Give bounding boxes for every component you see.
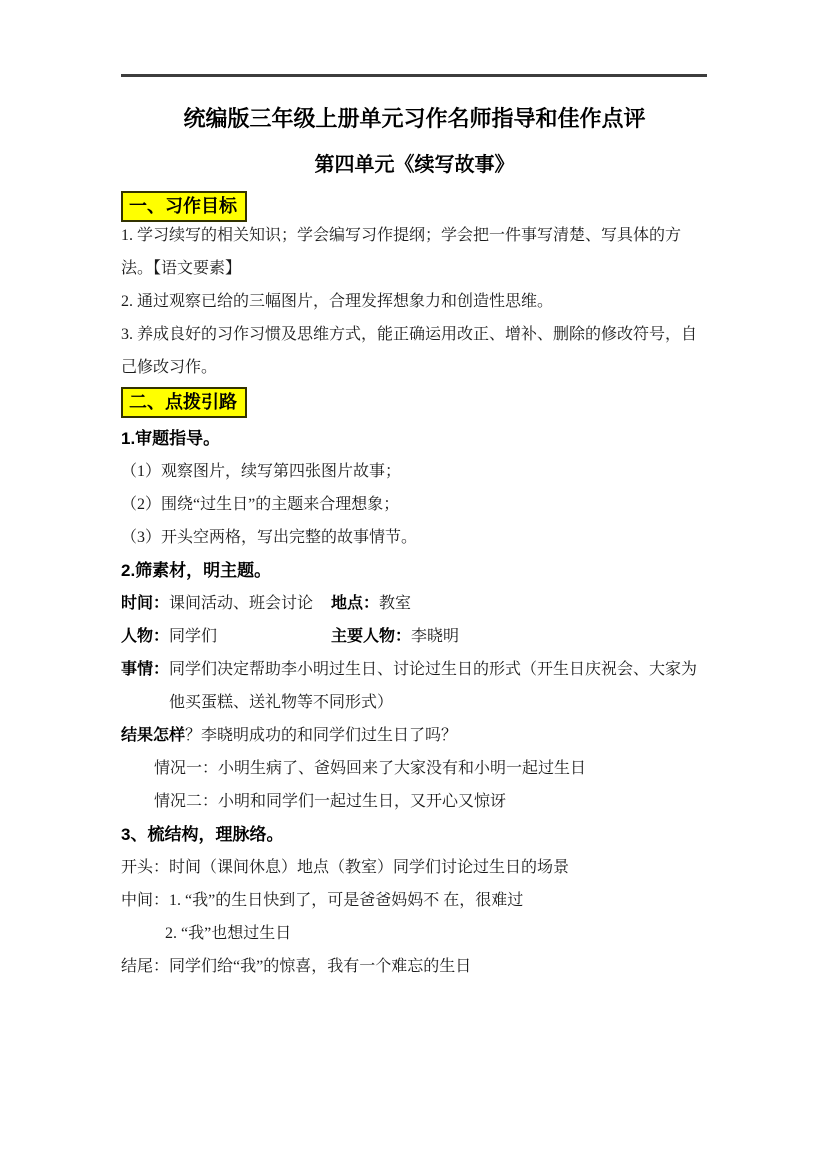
section-goals-body: 1. 学习续写的相关知识；学会编写习作提纲；学会把一件事写清楚、写具体的方法。【… (121, 219, 708, 384)
page-title: 统编版三年级上册单元习作名师指导和佳作点评 (121, 106, 708, 132)
section-guidance-heading-row: 二、点拨引路 (121, 387, 708, 418)
subheading-topic-review: 1.审题指导。 (121, 422, 708, 455)
result-value: ？李晓明成功的和同学们过生日了吗？ (185, 727, 457, 744)
material-row-time-place: 时间：课间活动、班会讨论 地点：教室 (121, 587, 708, 620)
subheading-structure: 3、梳结构，理脉络。 (121, 818, 708, 851)
beginning-label: 开头： (121, 859, 169, 876)
topic-review-item: （1）观察图片，续写第四张图片故事； (121, 455, 708, 488)
structure-beginning: 开头：时间（课间休息）地点（教室）同学们讨论过生日的场景 (121, 851, 708, 884)
main-character-label: 主要人物： (331, 628, 411, 645)
goal-item: 2. 通过观察已给的三幅图片，合理发挥想象力和创造性思维。 (121, 285, 708, 318)
beginning-value: 时间（课间休息）地点（教室）同学们讨论过生日的场景 (169, 859, 569, 876)
place-value: 教室 (379, 595, 411, 612)
subheading-material: 2.筛素材，明主题。 (121, 554, 708, 587)
middle-label: 中间： (121, 892, 169, 909)
topic-review-item: （3）开头空两格，写出完整的故事情节。 (121, 521, 708, 554)
material-row-result: 结果怎样？李晓明成功的和同学们过生日了吗？ (121, 719, 708, 752)
character-cell: 人物：同学们 (121, 620, 327, 653)
goal-item: 1. 学习续写的相关知识；学会编写习作提纲；学会把一件事写清楚、写具体的方法。【… (121, 219, 708, 285)
top-horizontal-rule (121, 74, 707, 77)
section-guidance-body: 1.审题指导。 （1）观察图片，续写第四张图片故事； （2）围绕“过生日”的主题… (121, 422, 708, 983)
time-cell: 时间：课间活动、班会讨论 (121, 587, 327, 620)
result-case-1: 情况一：小明生病了、爸妈回来了大家没有和小明一起过生日 (121, 752, 708, 785)
place-label: 地点： (331, 595, 379, 612)
result-label: 结果怎样 (121, 727, 185, 744)
event-label: 事情： (121, 653, 169, 719)
time-value: 课间活动、班会讨论 (169, 595, 313, 612)
time-label: 时间： (121, 595, 169, 612)
character-label: 人物： (121, 628, 169, 645)
page-subtitle: 第四单元《续写故事》 (121, 153, 708, 177)
topic-review-item: （2）围绕“过生日”的主题来合理想象； (121, 488, 708, 521)
structure-middle: 中间：1. “我”的生日快到了，可是爸爸妈妈不 在，很难过 (121, 884, 708, 917)
material-row-event: 事情： 同学们决定帮助李小明过生日、讨论过生日的形式（开生日庆祝会、大家为他买蛋… (121, 653, 708, 719)
event-value: 同学们决定帮助李小明过生日、讨论过生日的形式（开生日庆祝会、大家为他买蛋糕、送礼… (169, 653, 708, 719)
result-case-2: 情况二：小明和同学们一起过生日，又开心又惊讶 (121, 785, 708, 818)
main-character-cell: 主要人物：李晓明 (331, 628, 459, 645)
material-row-characters: 人物：同学们 主要人物：李晓明 (121, 620, 708, 653)
middle-line1: 1. “我”的生日快到了，可是爸爸妈妈不 在，很难过 (169, 892, 523, 909)
structure-middle-line2: 2. “我”也想过生日 (121, 917, 708, 950)
section-guidance-heading: 二、点拨引路 (121, 387, 247, 418)
section-goals-heading-row: 一、习作目标 (121, 191, 708, 222)
ending-value: 同学们给“我”的惊喜，我有一个难忘的生日 (169, 958, 471, 975)
structure-ending: 结尾：同学们给“我”的惊喜，我有一个难忘的生日 (121, 950, 708, 983)
document-page: 统编版三年级上册单元习作名师指导和佳作点评 第四单元《续写故事》 一、习作目标 … (0, 0, 827, 1169)
character-value: 同学们 (169, 628, 217, 645)
main-character-value: 李晓明 (411, 628, 459, 645)
section-goals-heading: 一、习作目标 (121, 191, 247, 222)
ending-label: 结尾： (121, 958, 169, 975)
place-cell: 地点：教室 (331, 595, 411, 612)
goal-item: 3. 养成良好的习作习惯及思维方式，能正确运用改正、增补、删除的修改符号，自己修… (121, 318, 708, 384)
document-content: 统编版三年级上册单元习作名师指导和佳作点评 第四单元《续写故事》 一、习作目标 … (121, 95, 708, 983)
